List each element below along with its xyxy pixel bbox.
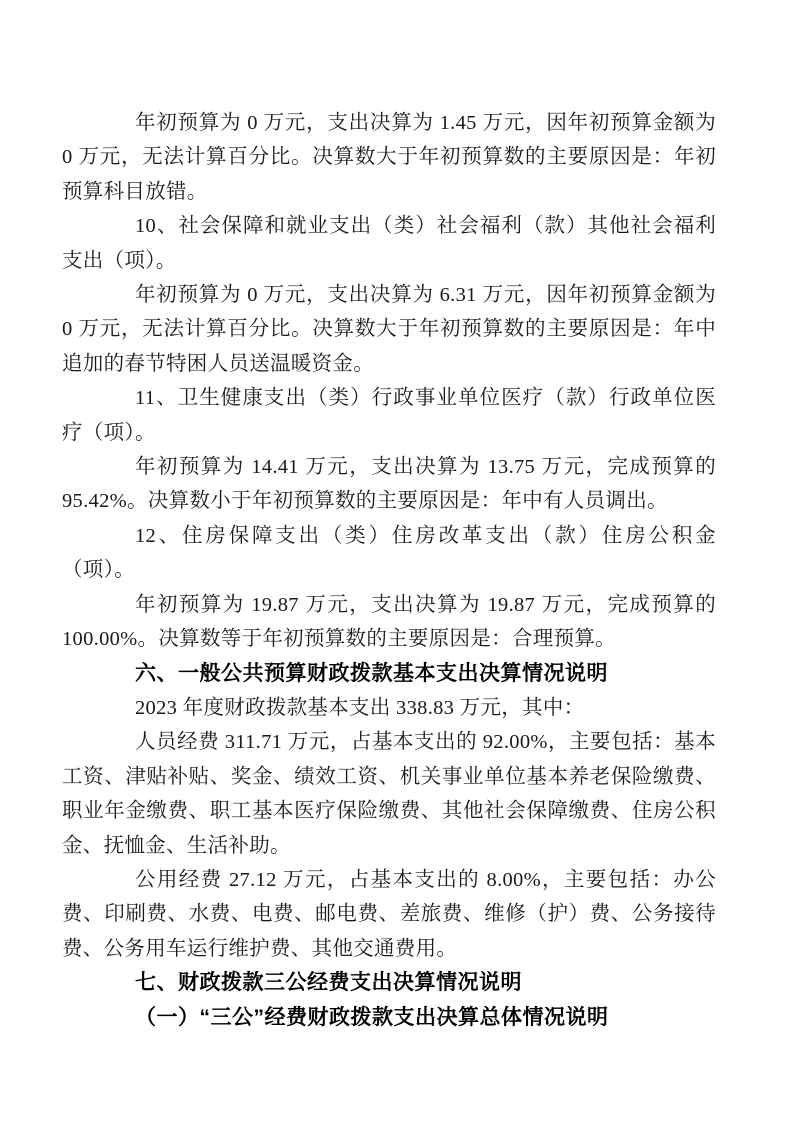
document-page: 年初预算为 0 万元，支出决算为 1.45 万元，因年初预算金额为 0 万元，无… bbox=[0, 0, 793, 1122]
body-paragraph: 公用经费 27.12 万元，占基本支出的 8.00%，主要包括：办公费、印刷费、… bbox=[62, 863, 716, 966]
body-paragraph: 2023 年度财政拨款基本支出 338.83 万元，其中： bbox=[62, 691, 716, 725]
body-paragraph: 年初预算为 19.87 万元，支出决算为 19.87 万元，完成预算的 100.… bbox=[62, 588, 716, 657]
section-heading: （一）“三公”经费财政拨款支出决算总体情况说明 bbox=[62, 1001, 716, 1035]
section-heading: 七、财政拨款三公经费支出决算情况说明 bbox=[62, 966, 716, 1000]
body-paragraph: 10、社会保障和就业支出（类）社会福利（款）其他社会福利支出（项）。 bbox=[62, 209, 716, 278]
section-heading: 六、一般公共预算财政拨款基本支出决算情况说明 bbox=[62, 657, 716, 691]
body-paragraph: 年初预算为 14.41 万元，支出决算为 13.75 万元，完成预算的 95.4… bbox=[62, 450, 716, 519]
body-paragraph: 年初预算为 0 万元，支出决算为 1.45 万元，因年初预算金额为 0 万元，无… bbox=[62, 106, 716, 209]
document-body: 年初预算为 0 万元，支出决算为 1.45 万元，因年初预算金额为 0 万元，无… bbox=[62, 106, 716, 1035]
body-paragraph: 人员经费 311.71 万元，占基本支出的 92.00%，主要包括：基本工资、津… bbox=[62, 725, 716, 863]
body-paragraph: 11、卫生健康支出（类）行政事业单位医疗（款）行政单位医疗（项）。 bbox=[62, 381, 716, 450]
body-paragraph: 年初预算为 0 万元，支出决算为 6.31 万元，因年初预算金额为 0 万元，无… bbox=[62, 278, 716, 381]
body-paragraph: 12、住房保障支出（类）住房改革支出（款）住房公积金（项）。 bbox=[62, 519, 716, 588]
